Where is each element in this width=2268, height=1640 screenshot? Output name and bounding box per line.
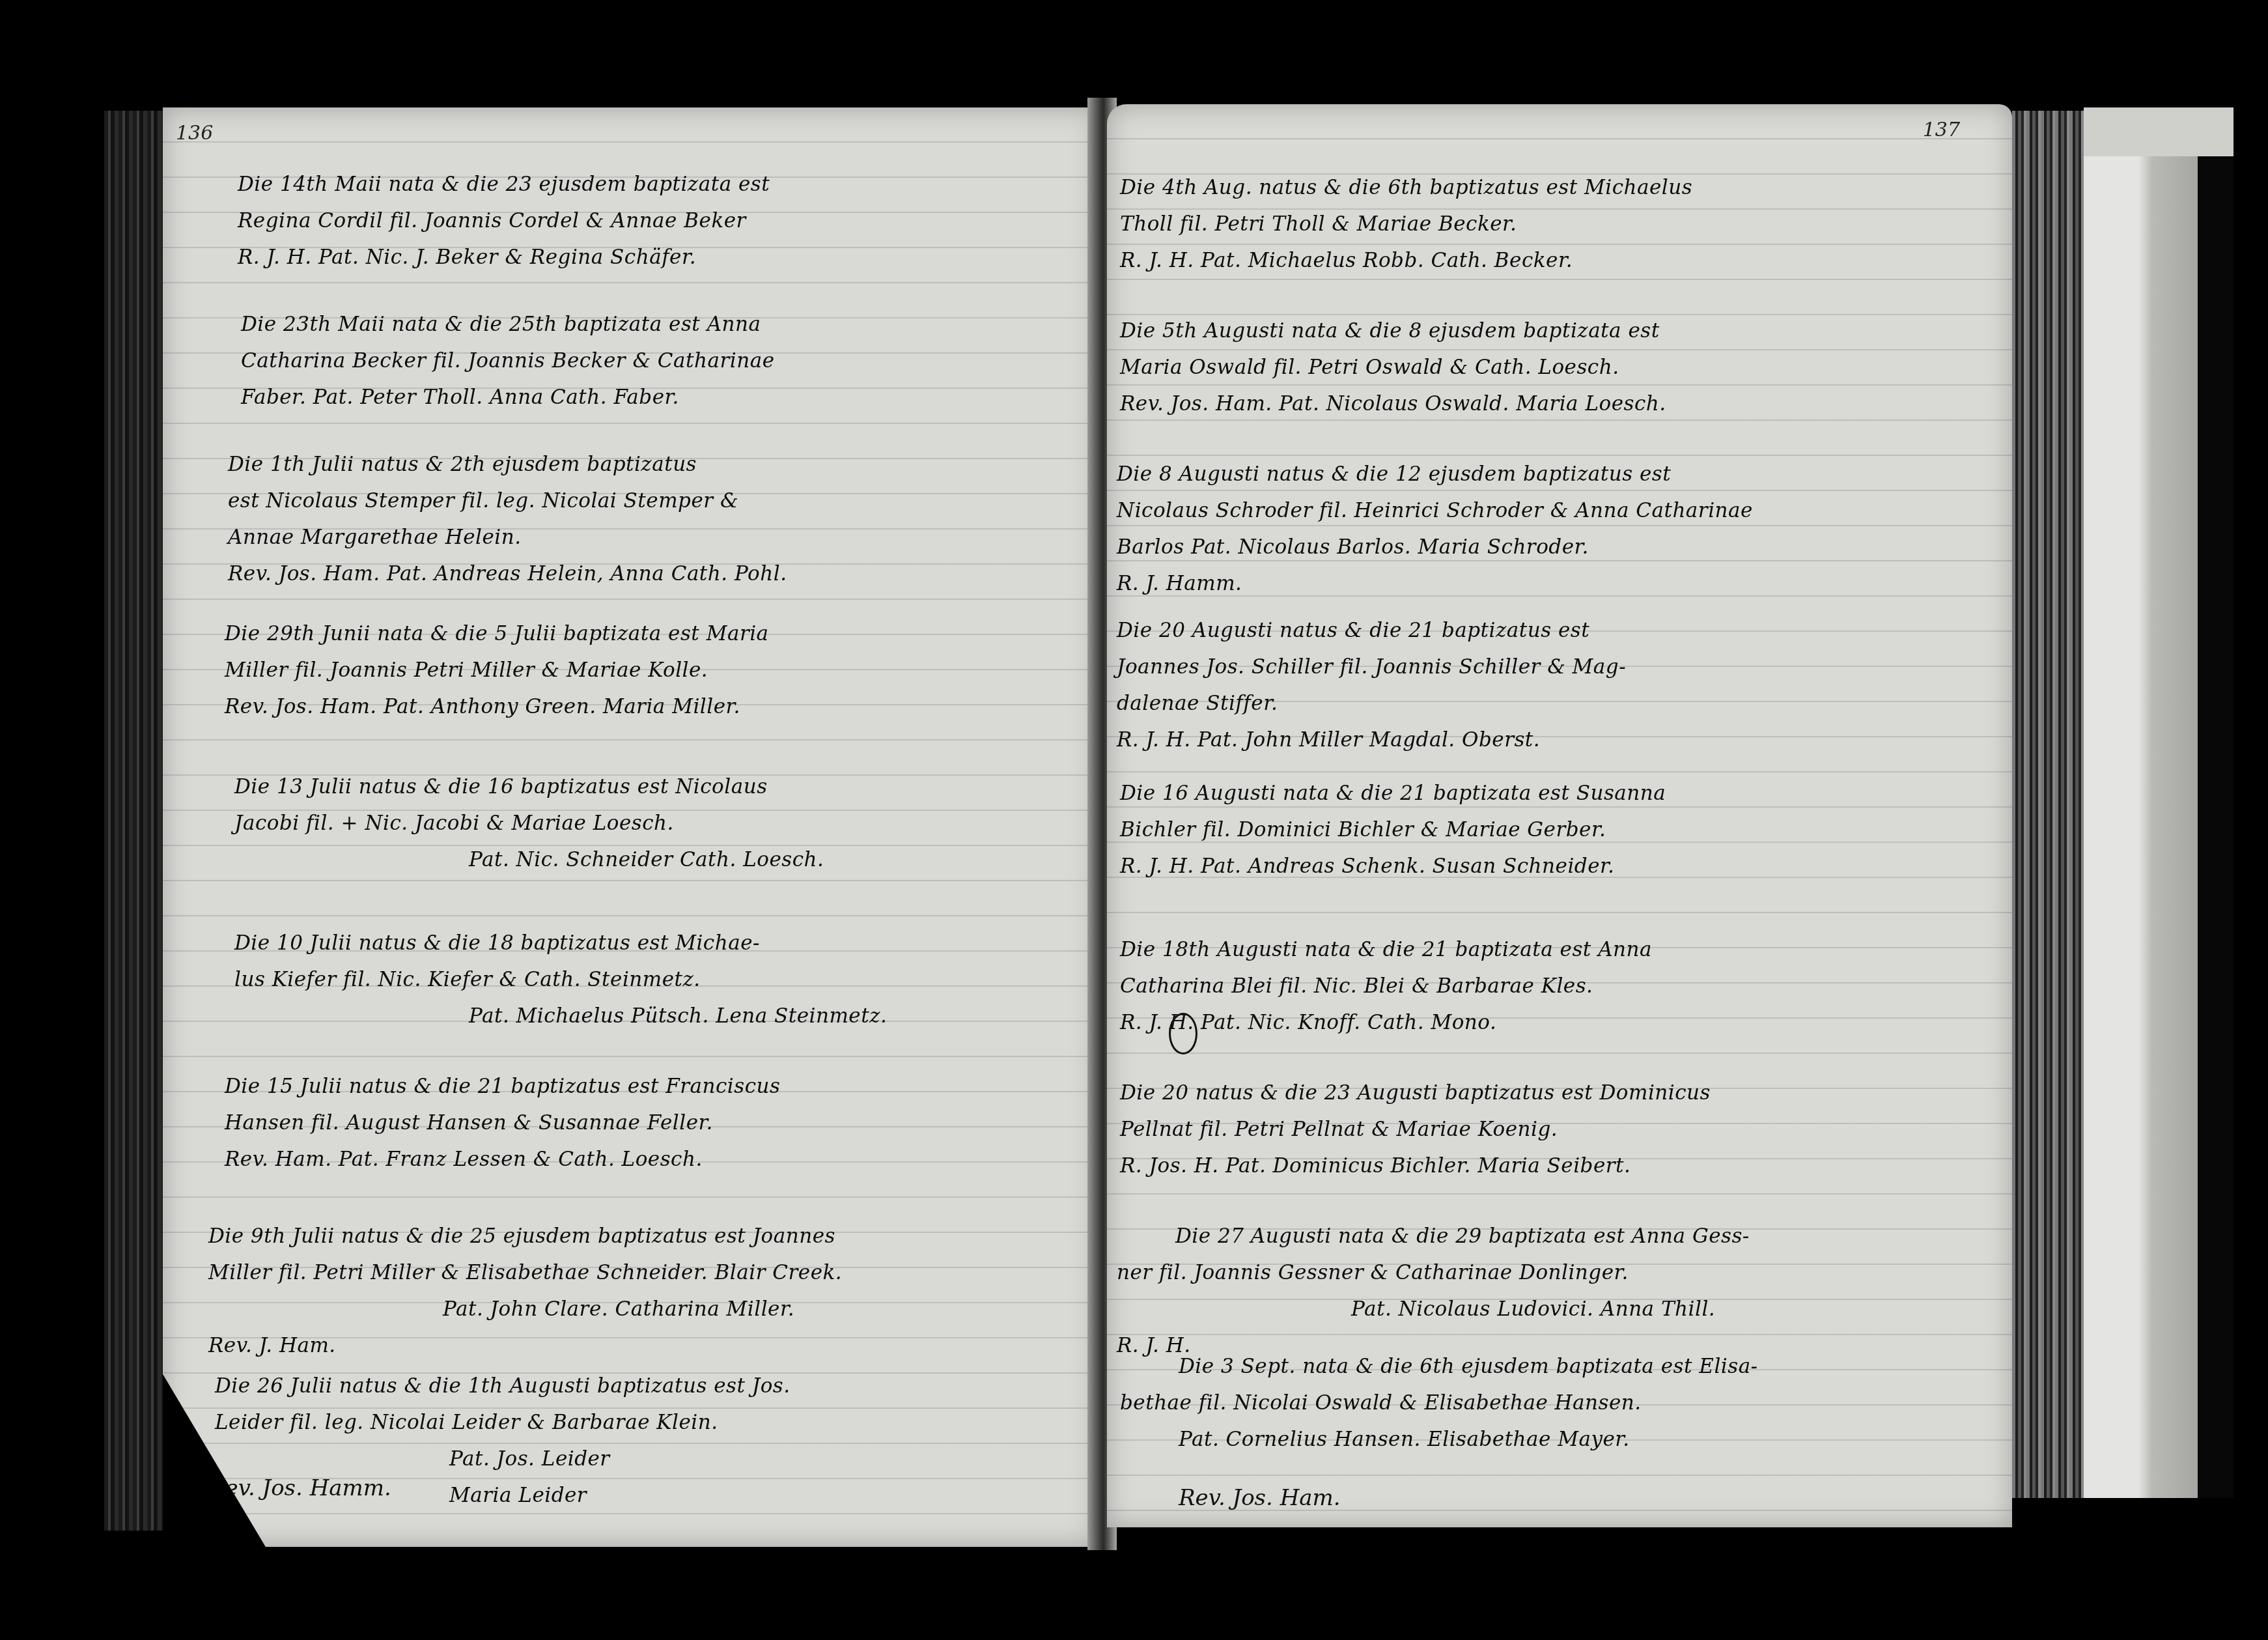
baptism-entry: Die 3 Sept. nata & die 6th ejusdem bapti… — [1120, 1348, 1758, 1458]
priest-signature: Rev. Jos. Hamm. — [208, 1475, 391, 1501]
loose-sheet-top — [2084, 107, 2233, 160]
baptism-entry: Die 13 Julii natus & die 16 baptizatus e… — [234, 769, 824, 878]
right-page: 137 Die 4th Aug. natus & die 6th baptiza… — [1107, 104, 2012, 1527]
baptism-entry: Die 29th Junii nata & die 5 Julii baptiz… — [225, 615, 769, 725]
baptism-entry: Die 14th Maii nata & die 23 ejusdem bapt… — [238, 166, 770, 276]
page-number-right: 137 — [1923, 119, 1960, 141]
baptism-entry: Die 1th Julii natus & 2th ejusdem baptiz… — [228, 446, 787, 592]
priest-signature: Rev. Jos. Ham. — [1179, 1485, 1341, 1511]
baptism-entry: Die 20 natus & die 23 Augusti baptizatus… — [1120, 1075, 1711, 1184]
baptism-entry: Die 8 Augusti natus & die 12 ejusdem bap… — [1117, 456, 1753, 602]
circle-mark-icon — [1169, 1013, 1197, 1054]
loose-inserted-sheet — [2084, 156, 2198, 1498]
baptism-entry: Die 5th Augusti nata & die 8 ejusdem bap… — [1120, 313, 1666, 422]
left-page: 136 Die 14th Maii nata & die 23 ejusdem … — [163, 107, 1097, 1547]
baptism-entry: Die 20 Augusti natus & die 21 baptizatus… — [1117, 612, 1626, 758]
baptism-entry: Die 27 Augusti nata & die 29 baptizata e… — [1117, 1218, 1750, 1364]
baptism-entry: Die 4th Aug. natus & die 6th baptizatus … — [1120, 169, 1692, 279]
baptism-entry: Die 10 Julii natus & die 18 baptizatus e… — [234, 925, 887, 1034]
baptism-entry: Die 23th Maii nata & die 25th baptizata … — [241, 306, 775, 416]
page-number-left: 136 — [176, 122, 213, 145]
book-fore-edge — [2012, 111, 2087, 1498]
baptism-entry: Die 18th Augusti nata & die 21 baptizata… — [1120, 931, 1652, 1041]
book-binding-left — [104, 111, 163, 1531]
baptism-entry: Die 16 Augusti nata & die 21 baptizata e… — [1120, 775, 1666, 884]
baptism-entry: Die 15 Julii natus & die 21 baptizatus e… — [225, 1068, 780, 1178]
baptism-entry: Die 9th Julii natus & die 25 ejusdem bap… — [208, 1218, 842, 1364]
dark-insert-strip — [2198, 156, 2233, 1498]
